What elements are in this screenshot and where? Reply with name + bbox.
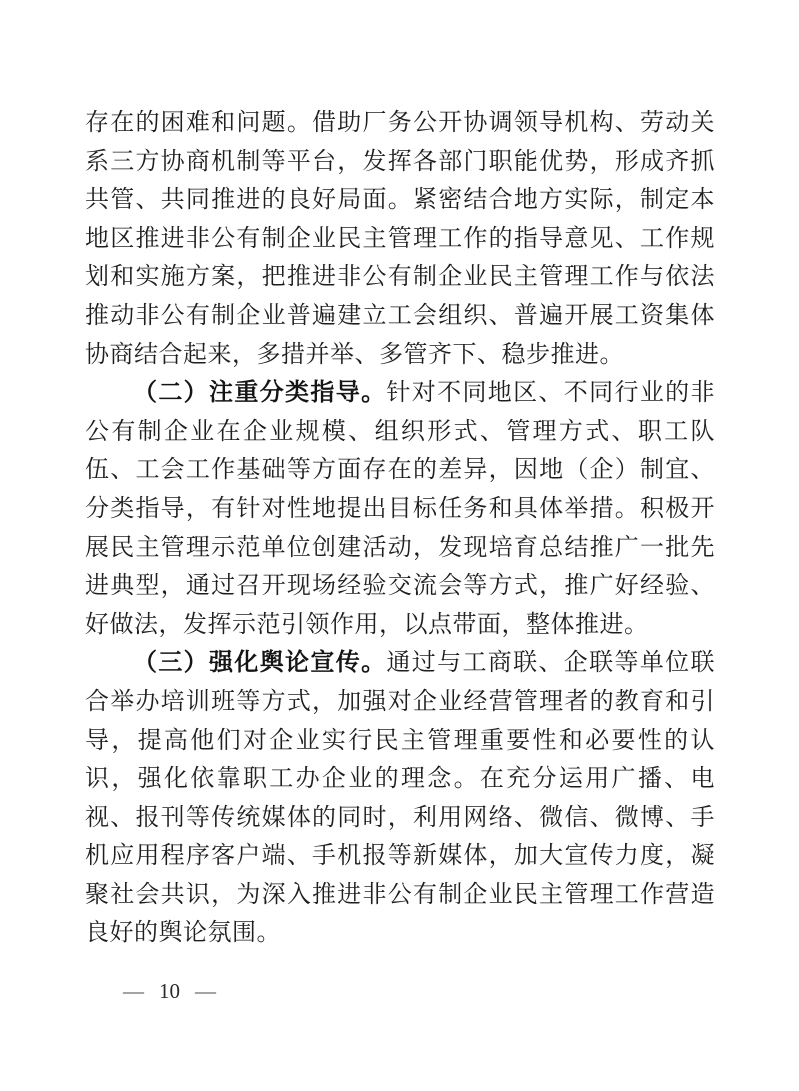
- page-number-value: 10: [159, 979, 180, 1003]
- paragraph-continuation: 存在的困难和问题。借助厂务公开协调领导机构、劳动关系三方协商机制等平台，发挥各部…: [85, 104, 715, 374]
- paragraph-text: 通过与工商联、企联等单位联合举办培训班等方式，加强对企业经营管理者的教育和引导，…: [85, 650, 715, 946]
- page-number-right-dash: —: [195, 979, 216, 1003]
- section-heading: （二）注重分类指导。: [133, 380, 386, 406]
- paragraph-text: 存在的困难和问题。借助厂务公开协调领导机构、劳动关系三方协商机制等平台，发挥各部…: [85, 110, 715, 368]
- paragraph-section-3: （三）强化舆论宣传。通过与工商联、企联等单位联合举办培训班等方式，加强对企业经营…: [85, 644, 715, 953]
- document-text-block: 存在的困难和问题。借助厂务公开协调领导机构、劳动关系三方协商机制等平台，发挥各部…: [85, 104, 715, 953]
- paragraph-section-2: （二）注重分类指导。针对不同地区、不同行业的非公有制企业在企业规模、组织形式、管…: [85, 374, 715, 644]
- section-heading: （三）强化舆论宣传。: [133, 650, 386, 676]
- paragraph-text: 针对不同地区、不同行业的非公有制企业在企业规模、组织形式、管理方式、职工队伍、工…: [85, 380, 715, 638]
- page-number-left-dash: —: [123, 979, 144, 1003]
- document-page: 存在的困难和问题。借助厂务公开协调领导机构、劳动关系三方协商机制等平台，发挥各部…: [0, 0, 799, 1091]
- page-number: —10—: [123, 978, 216, 1004]
